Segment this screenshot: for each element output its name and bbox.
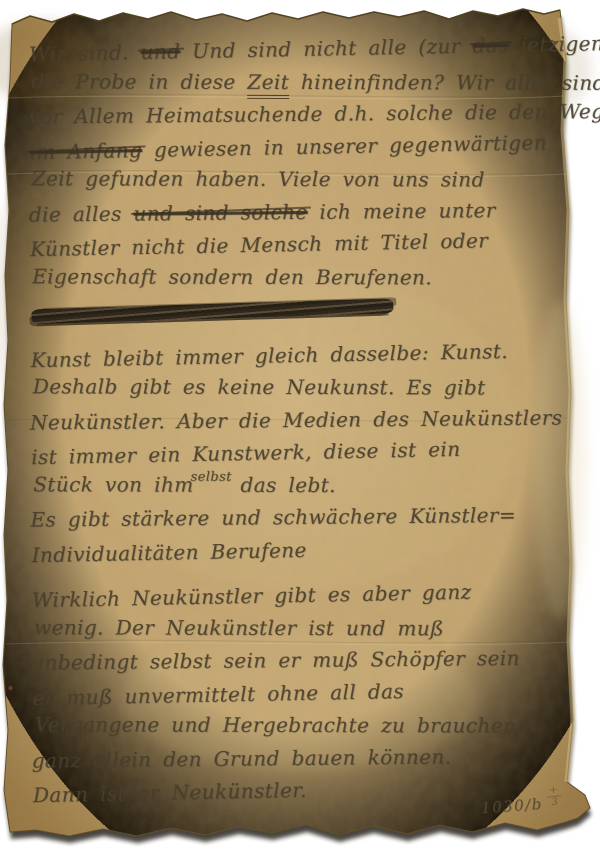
- text-segment-normal: jetzigen Achtstellen): [508, 28, 600, 56]
- manuscript-line: Wir sind. und Und sind nicht alle (zur d…: [29, 29, 570, 72]
- manuscript-line: wenig. Der Neukünstler ist und muß: [34, 612, 574, 646]
- text-segment-normal: die Probe in diese: [31, 69, 247, 94]
- text-segment-sup: selbst: [191, 469, 232, 484]
- text-segment-struck: und: [140, 39, 180, 64]
- manuscript-line: [29, 291, 569, 329]
- text-segment-normal: Zeit gefunden haben. Viele von uns sind: [32, 166, 485, 191]
- text-segment-normal: ganz allein den Grund bauen können.: [32, 744, 452, 772]
- manuscript-line: Eigenschaft sondern den Berufenen.: [32, 261, 572, 295]
- text-segment-normal: Es gibt stärkere und schwächere Künstler…: [30, 503, 516, 532]
- text-segment-normal: Neukünstler. Aber die Medien des Neuküns…: [30, 405, 563, 434]
- text-segment-normal: ich meine unter: [308, 198, 496, 224]
- manuscript-line: Vergangene und Hergebrachte zu brauchen: [35, 709, 575, 743]
- text-segment-normal: wenig. Der Neukünstler ist und muß: [34, 615, 444, 640]
- corner-mark: + 3: [546, 784, 562, 808]
- corner-mark-top: +: [549, 785, 558, 797]
- text-segment-normal: hineinfinden? Wir alle, sind: [289, 69, 600, 94]
- text-segment-normal: unbedingt selbst sein er muß Schöpfer se…: [31, 646, 520, 675]
- scribbled-out-text: [31, 298, 393, 324]
- red-speck: [9, 686, 13, 690]
- text-segment-normal: vor Allem Heimatsuchende d.h. solche die…: [28, 99, 600, 129]
- text-segment-normal: Individualitäten Berufene: [31, 537, 306, 566]
- paragraph: Wir sind. und Und sind nicht alle (zur d…: [28, 33, 570, 328]
- manuscript-line: die Probe in diese Zeit hineinfinden? Wi…: [31, 66, 571, 100]
- text-segment-underline: Zeit: [247, 69, 289, 98]
- text-segment-normal: Kunst bleibt immer gleich dasselbe: Kuns…: [30, 339, 508, 372]
- manuscript-line: Stück von ihmselbst das lebt.: [33, 469, 573, 503]
- paragraph: Wirklich Neukünstler gibt es aber ganzwe…: [31, 579, 572, 809]
- text-segment-normal: die alles: [29, 201, 134, 226]
- text-segment-normal: Stück von ihm: [33, 472, 193, 496]
- manuscript-line: Deshalb gibt es keine Neukunst. Es gibt: [33, 371, 573, 405]
- text-segment-normal: er muß unvermittelt ohne all das: [32, 679, 404, 710]
- text-segment-normal: Wir sind.: [29, 40, 141, 66]
- text-segment-normal: Eigenschaft sondern den Berufenen.: [32, 264, 432, 289]
- manuscript-line: Wirklich Neukünstler gibt es aber ganz: [32, 575, 573, 618]
- text-segment-normal: Deshalb gibt es keine Neukunst. Es gibt: [33, 374, 486, 399]
- text-segment-normal: Dann ist er Neukünstler.: [33, 778, 307, 807]
- text-segment-normal: gewiesen in unserer gegenwärtigen: [142, 130, 547, 162]
- paragraph: Kunst bleibt immer gleich dasselbe: Kuns…: [30, 338, 571, 568]
- text-segment-struck: das: [472, 33, 509, 58]
- text-segment-normal: das lebt.: [229, 472, 336, 496]
- text-segment-normal: Wirklich Neukünstler gibt es aber ganz: [32, 580, 472, 612]
- text-segment-normal: ist immer ein Kunstwerk, diese ist ein: [31, 437, 461, 469]
- text-segment-normal: Künstler nicht die Mensch mit Titel oder: [30, 228, 489, 261]
- text-segment-struck: im Anfang: [29, 138, 142, 164]
- manuscript: Wir sind. und Und sind nicht alle (zur d…: [28, 33, 572, 809]
- text-segment-normal: Und sind nicht alle (zur: [180, 34, 473, 64]
- manuscript-scan: Wir sind. und Und sind nicht alle (zur d…: [0, 0, 600, 849]
- text-segment-normal: Vergangene und Hergebrachte zu brauchen: [35, 712, 517, 737]
- corner-mark-bottom: 3: [547, 795, 562, 808]
- manuscript-line: Zeit gefunden haben. Viele von uns sind: [32, 163, 572, 197]
- text-segment-struck: und sind solche: [133, 199, 307, 225]
